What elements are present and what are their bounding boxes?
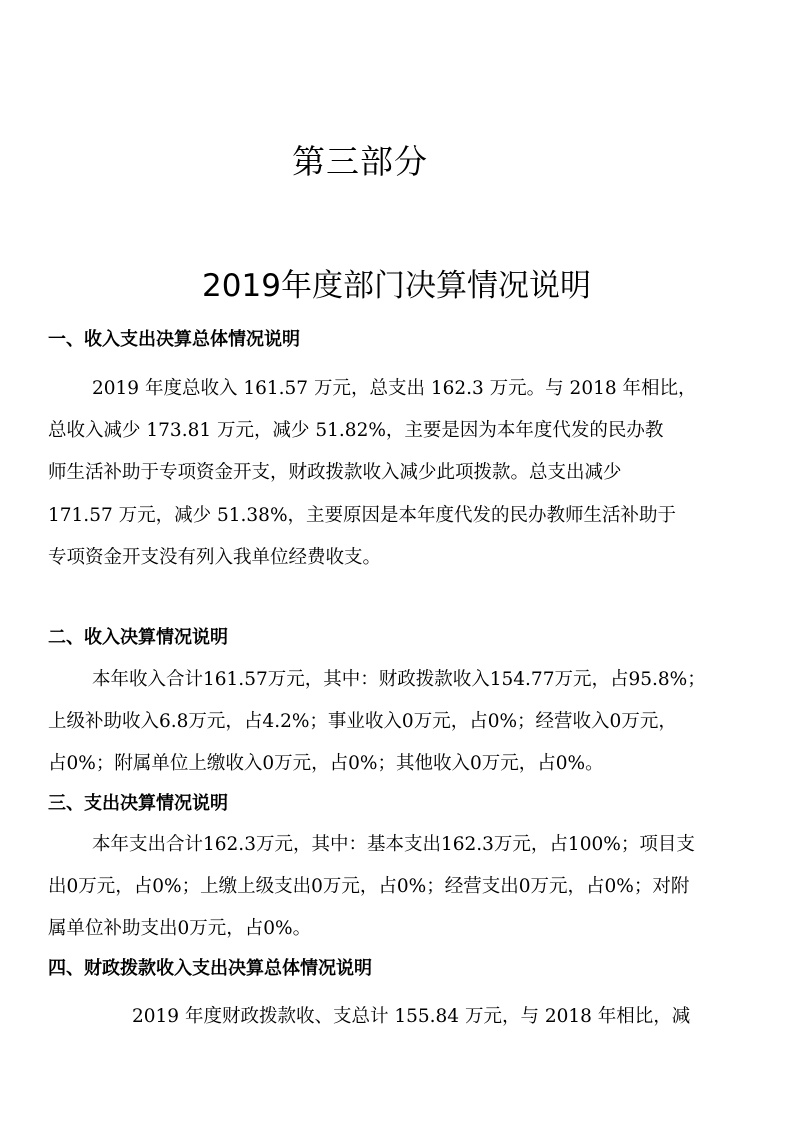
paragraph-line: 师生活补助于专项资金开支，财政拨款收入减少此项拨款。总支出减少 — [48, 460, 622, 486]
section-heading-fiscal-appropriation: 四、财政拨款收入支出决算总体情况说明 — [48, 956, 372, 982]
part-title: 第三部分 — [292, 142, 428, 182]
paragraph-line: 总收入减少 173.81 万元，减少 51.82%，主要是因为本年度代发的民办教 — [48, 418, 663, 444]
paragraph-line: 171.57 万元，减少 51.38%，主要原因是本年度代发的民办教师生活补助于 — [48, 503, 676, 529]
paragraph-line: 属单位补助支出0万元，占0%。 — [48, 916, 311, 942]
section-heading-expenditure: 三、支出决算情况说明 — [48, 791, 228, 817]
paragraph-line: 出0万元，占0%；上缴上级支出0万元，占0%；经营支出0万元，占0%；对附 — [48, 874, 689, 900]
section-heading-income: 二、收入决算情况说明 — [48, 625, 228, 651]
paragraph-line: 占0%；附属单位上缴收入0万元，占0%；其他收入0万元，占0%。 — [48, 751, 604, 777]
paragraph-line: 2019 年度财政拨款收、支总计 155.84 万元，与 2018 年相比，减 — [132, 1004, 690, 1030]
document-title: 2019年度部门决算情况说明 — [0, 264, 793, 308]
paragraph-line: 2019 年度总收入 161.57 万元，总支出 162.3 万元。与 2018… — [92, 376, 697, 402]
paragraph-line: 本年支出合计162.3万元，其中：基本支出162.3万元，占100%；项目支 — [92, 832, 695, 858]
section-heading-overall: 一、收入支出决算总体情况说明 — [48, 327, 300, 353]
paragraph-line: 上级补助收入6.8万元，占4.2%；事业收入0万元，占0%；经营收入0万元， — [48, 709, 677, 735]
paragraph-line: 专项资金开支没有列入我单位经费收支。 — [48, 545, 381, 571]
paragraph-line: 本年收入合计161.57万元，其中：财政拨款收入154.77万元，占95.8%； — [92, 667, 706, 693]
document-page: 第三部分 2019年度部门决算情况说明 一、收入支出决算总体情况说明 2019 … — [0, 0, 793, 1122]
